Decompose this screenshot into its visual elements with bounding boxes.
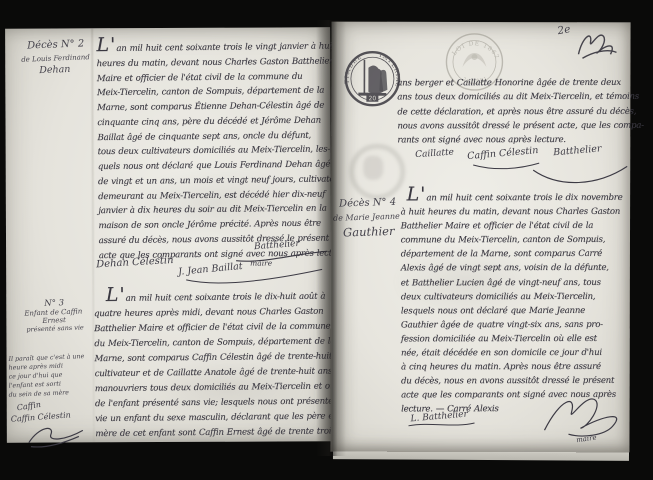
imperial-stamp-left-text: TIMBRE	[344, 54, 363, 84]
text-line: département de la Marne, sont comparus C…	[401, 247, 629, 262]
signature-flourish	[25, 422, 87, 450]
death-act-continuation-text: ans berger et Caillatte Honorine âgée de…	[397, 76, 629, 148]
signature-flourish	[234, 249, 329, 263]
svg-text:TIMBRE: TIMBRE	[344, 54, 363, 84]
margin-mention-line: heure après midi	[8, 363, 63, 372]
margin-note-act2-number: Décès N° 2	[27, 38, 84, 51]
text-line: mère de cet enfant sont Caffin Ernest âg…	[95, 424, 329, 442]
text-line: du décès, nous en avons aussitôt dressé …	[401, 374, 629, 389]
margin-mention-line: Il paraît que c'est à une	[8, 353, 84, 363]
signature-caillatte: Caillatte	[415, 148, 454, 161]
signature-mention-caffin: Caffin	[16, 400, 41, 412]
text-line: Gauthier âgée de quatre vingt-six ans, s…	[401, 318, 629, 333]
register-scan: Décès N° 2 de Louis Ferdinand Dehan L'an…	[0, 0, 653, 480]
left-page: Décès N° 2 de Louis Ferdinand Dehan L'an…	[5, 27, 332, 442]
margin-mention-line: du sein de sa mère	[9, 389, 70, 398]
text-line: fession domiciliée au Meix-Tiercelin où …	[401, 332, 629, 347]
text-line: ans berger et Caillatte Honorine âgée de…	[397, 76, 629, 91]
text-line: ans tous deux domiciliés au dit Meix-Tie…	[397, 90, 629, 105]
signature-title-maire: maire	[576, 434, 597, 445]
text-line: L'an mil huit cent soixante trois le vin…	[96, 36, 326, 57]
text-line: de cette déclaration, et après nous être…	[397, 104, 629, 119]
stamp-value: 20	[369, 95, 377, 102]
margin-note-act2-name: de Louis Ferdinand	[21, 53, 90, 64]
imperial-stamp: 20 TIMBRE IMPERIAL	[342, 49, 402, 109]
signature-flourish	[406, 419, 476, 429]
margin-mention-line: l'enfant est sorti	[9, 381, 62, 390]
text-line: Batthelier Maire et officier de l'état c…	[401, 219, 629, 234]
signature-mayor-flourish: maire	[538, 388, 630, 444]
signature-title-maire: maire	[250, 259, 272, 268]
notary-paraph	[574, 28, 620, 62]
stamp-ghost-offset	[349, 144, 405, 200]
margin-note-act4-number: Décès N° 4	[339, 197, 396, 210]
text-line: nous avons aussitôt dressé le présent ac…	[397, 119, 629, 134]
text-line: née, était décédée en son domicile ce jo…	[401, 346, 629, 361]
death-act-2-text: L'an mil huit cent soixante trois le vin…	[96, 36, 329, 264]
text-line: L'an mil huit cent soixante trois le dix…	[401, 187, 629, 206]
signature-flourish	[184, 267, 324, 286]
margin-note-act4-surname: Gauthier	[343, 224, 395, 240]
death-act-4-text: L'an mil huit cent soixante trois le dix…	[401, 187, 630, 417]
death-act-3-text: L'an mil huit cent soixante trois le dix…	[94, 285, 330, 442]
text-line: lesquels nous ont déclaré que Marie Jean…	[401, 304, 629, 319]
text-line: à cinq heures du matin. Après nous être …	[401, 360, 629, 375]
margin-note-act4-name: de Marie Jeanne	[333, 212, 400, 223]
margin-note-act2-surname: Dehan	[39, 64, 71, 76]
text-line: commune du Meix-Tiercelin, canton de Som…	[401, 233, 629, 248]
text-line: Alexis âgé de vingt sept ans, voisin de …	[401, 261, 629, 276]
right-page: 2e LOI DE 1862 2e SÉRIE	[330, 22, 630, 453]
text-line: et Batthelier Lucien âgé de vingt-neuf a…	[401, 275, 629, 290]
margin-note-act3-line4: présenté sans vie	[26, 323, 84, 333]
text-line: à huit heures du matin, devant nous Char…	[401, 205, 629, 220]
margin-mention-line: ce jour d'hui que	[8, 372, 62, 381]
text-line: deux cultivateurs domiciliés au Meix-Tie…	[401, 289, 629, 304]
folio-number: 2e	[557, 23, 572, 37]
